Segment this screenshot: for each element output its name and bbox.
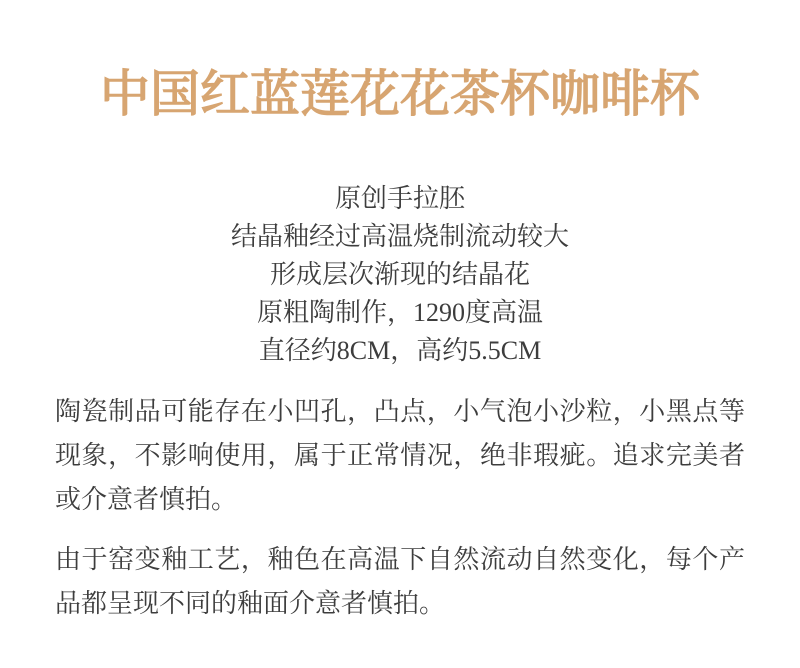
intro-line-dimensions: 直径约8CM，高约5.5CM	[0, 332, 800, 370]
intro-line-glaze: 结晶釉经过高温烧制流动较大	[0, 218, 800, 256]
product-notes-block: 陶瓷制品可能存在小凹孔，凸点，小气泡小沙粒，小黑点等现象，不影响使用，属于正常情…	[0, 390, 800, 626]
product-description-page: 中国红蓝莲花花茶杯咖啡杯 原创手拉胚 结晶釉经过高温烧制流动较大 形成层次渐现的…	[0, 0, 800, 668]
intro-line-crystal-flower: 形成层次渐现的结晶花	[0, 256, 800, 294]
note-paragraph-defects: 陶瓷制品可能存在小凹孔，凸点，小气泡小沙粒，小黑点等现象，不影响使用，属于正常情…	[55, 390, 745, 522]
intro-line-material-temperature: 原粗陶制作，1290度高温	[0, 294, 800, 332]
note-paragraph-glaze-variation: 由于窑变釉工艺，釉色在高温下自然流动自然变化，每个产品都呈现不同的釉面介意者慎拍…	[55, 538, 745, 626]
product-title: 中国红蓝莲花花茶杯咖啡杯	[0, 0, 800, 123]
intro-line-craft: 原创手拉胚	[0, 180, 800, 218]
product-intro-block: 原创手拉胚 结晶釉经过高温烧制流动较大 形成层次渐现的结晶花 原粗陶制作，129…	[0, 180, 800, 370]
